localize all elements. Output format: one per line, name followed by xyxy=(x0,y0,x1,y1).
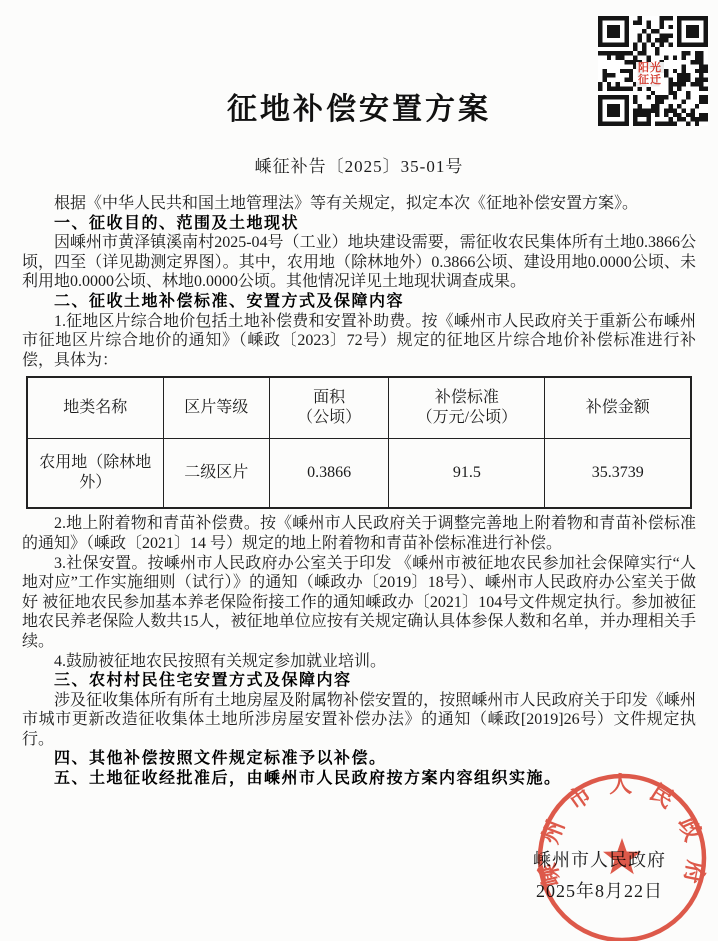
table-header-amount: 补偿金额 xyxy=(545,377,691,439)
cell-standard: 91.5 xyxy=(389,439,545,509)
cell-land-type: 农用地（除林地外） xyxy=(27,439,163,509)
training-paragraph: 4.鼓励被征地农民按照有关规定参加就业培训。 xyxy=(22,652,696,672)
doc-number: 嵊征补告〔2025〕35-01号 xyxy=(0,152,718,177)
document-body: 根据《中华人民共和国土地管理法》等有关规定，拟定本次《征地补偿安置方案》。 一、… xyxy=(22,194,696,789)
section-3-heading: 三、农村村民住宅安置方式及保障内容 xyxy=(22,671,696,691)
table-header-row: 地类名称 区片等级 面积 （公顷） 补偿标准 （万元/公顷） 补偿金额 xyxy=(27,377,691,439)
table-header-area: 面积 （公顷） xyxy=(269,377,389,439)
compensation-table: 地类名称 区片等级 面积 （公顷） 补偿标准 （万元/公顷） 补偿金额 农用地（… xyxy=(26,376,692,509)
attachments-paragraph: 2.地上附着物和青苗补偿费。按《嵊州市人民政府关于调整完善地上附着物和青苗补偿标… xyxy=(22,514,696,553)
cell-amount: 35.3739 xyxy=(545,439,691,509)
cell-zone-grade: 二级区片 xyxy=(163,439,269,509)
housing-paragraph: 涉及征收集体所有所有土地房屋及附属物补偿安置的，按照嵊州市人民政府关于印发《嵊州… xyxy=(22,691,696,750)
section-2-heading: 二、征收土地补偿标准、安置方式及保障内容 xyxy=(22,292,696,312)
table-header-standard: 补偿标准 （万元/公顷） xyxy=(389,377,545,439)
section-1-heading: 一、征收目的、范围及土地现状 xyxy=(22,214,696,234)
signature-date: 2025年8月22日 xyxy=(533,876,666,907)
signature-block: 嵊州市人民政府 2025年8月22日 xyxy=(533,845,666,907)
table-header-zone-grade: 区片等级 xyxy=(163,377,269,439)
signature-org: 嵊州市人民政府 xyxy=(533,845,666,876)
social-security-paragraph: 3.社保安置。按嵊州市人民政府办公室关于印发 《嵊州市被征地农民参加社会保障实行… xyxy=(22,554,696,652)
compensation-price-paragraph: 1.征地区片综合地价包括土地补偿费和安置补助费。按《嵊州市人民政府关于重新公布嵊… xyxy=(22,312,696,371)
section-4-line: 四、其他补偿按照文件规定标准予以补偿。 xyxy=(22,749,696,769)
qr-label: 阳光 征迁 xyxy=(636,62,664,87)
section-5-line: 五、土地征收经批准后，由嵊州市人民政府按方案内容组织实施。 xyxy=(22,769,696,789)
qr-code: 阳光 征迁 xyxy=(598,16,708,126)
land-status-paragraph: 因嵊州市黄泽镇溪南村2025-04号（工业）地块建设需要，需征收农民集体所有土地… xyxy=(22,233,696,292)
qr-label-line1: 阳光 xyxy=(638,63,662,75)
table-header-land-type: 地类名称 xyxy=(27,377,163,439)
qr-label-line2: 征迁 xyxy=(638,75,662,87)
cell-area: 0.3866 xyxy=(269,439,389,509)
document-page: 阳光 征迁 征地补偿安置方案 嵊征补告〔2025〕35-01号 根据《中华人民共… xyxy=(0,0,718,941)
intro-paragraph: 根据《中华人民共和国土地管理法》等有关规定，拟定本次《征地补偿安置方案》。 xyxy=(22,194,696,214)
table-row: 农用地（除林地外） 二级区片 0.3866 91.5 35.3739 xyxy=(27,439,691,509)
